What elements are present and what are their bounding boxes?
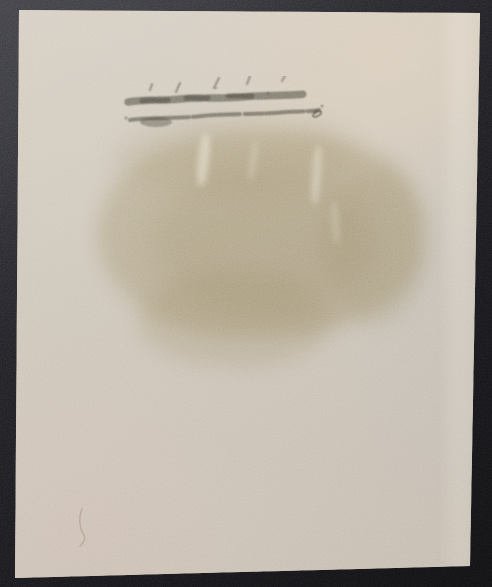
gum-stain-upper-wash: [115, 118, 355, 193]
gum-stain-right-lobe: [325, 165, 425, 325]
pencil-mark: [70, 505, 100, 550]
gum-sheen-streak: [331, 202, 341, 244]
stamp-paper: [0, 0, 492, 587]
gum-stain-core: [150, 168, 375, 313]
gum-sheen-streak: [195, 134, 211, 187]
gum-sheen-streak: [310, 146, 323, 204]
photo-frame: [0, 0, 492, 587]
gum-stain: [98, 132, 423, 337]
gum-sheen-streak: [247, 142, 258, 180]
paper-crease-highlight: [447, 8, 473, 570]
gum-stain-lower-lobe: [138, 272, 333, 367]
handstamp-mark: [118, 76, 330, 134]
